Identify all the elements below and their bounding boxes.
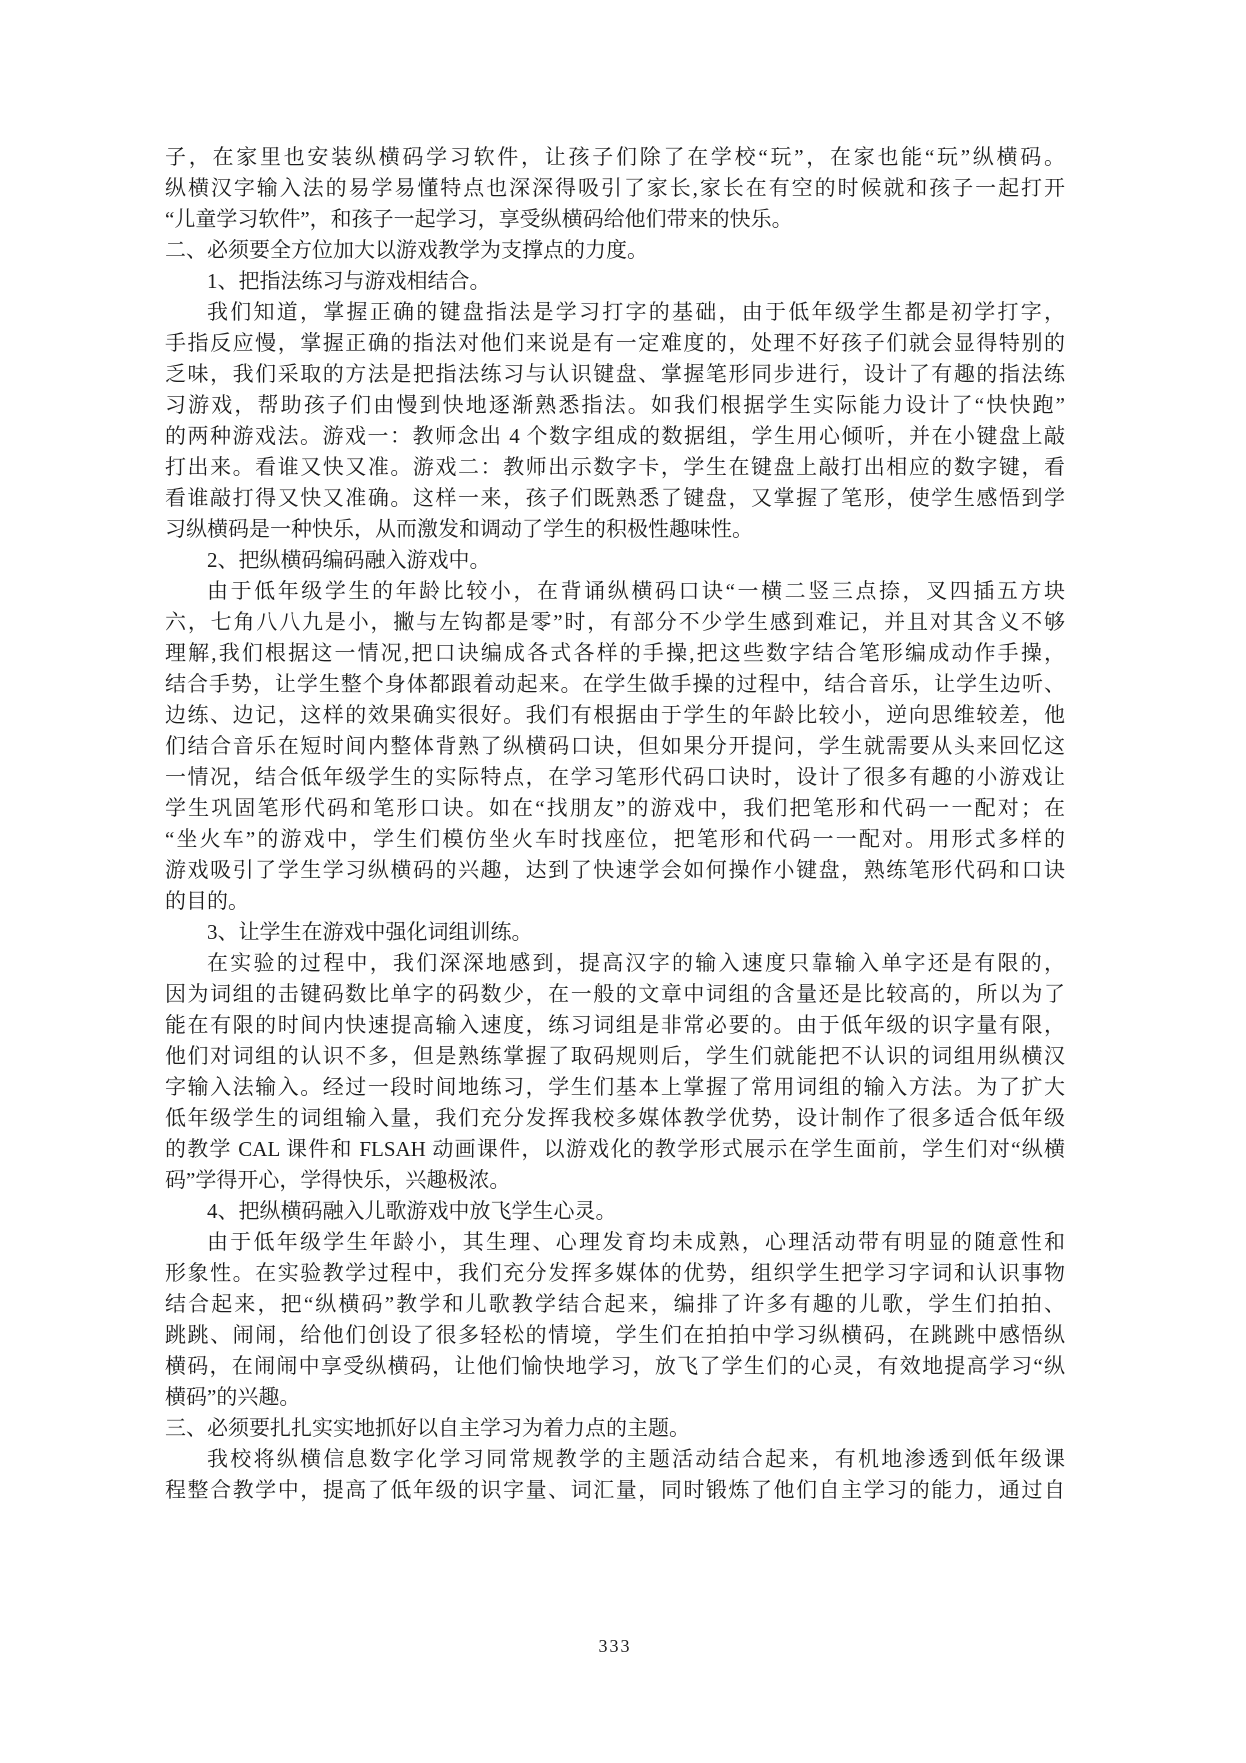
text-line: 4、把纵横码融入儿歌游戏中放飞学生心灵。 xyxy=(165,1196,1065,1227)
text-line: 理解,我们根据这一情况,把口诀编成各式各样的手操,把这些数字结合笔形编成动作手操… xyxy=(165,638,1065,669)
text-line: 横码”的兴趣。 xyxy=(165,1382,1065,1413)
text-line: 因为词组的击键码数比单字的码数少，在一般的文章中词组的含量还是比较高的，所以为了 xyxy=(165,979,1065,1010)
text-line: 2、把纵横码编码融入游戏中。 xyxy=(165,545,1065,576)
text-line: 形象性。在实验教学过程中，我们充分发挥多媒体的优势，组织学生把学习字词和认识事物 xyxy=(165,1258,1065,1289)
text-line: 看谁敲打得又快又准确。这样一来，孩子们既熟悉了键盘，又掌握了笔形，使学生感悟到学 xyxy=(165,483,1065,514)
document-page: 子，在家里也安装纵横码学习软件，让孩子们除了在学校“玩”，在家也能“玩”纵横码。… xyxy=(0,0,1246,1763)
text-line: 游戏吸引了学生学习纵横码的兴趣，达到了快速学会如何操作小键盘，熟练笔形代码和口诀 xyxy=(165,855,1065,886)
text-line: 习游戏，帮助孩子们由慢到快地逐渐熟悉指法。如我们根据学生实际能力设计了“快快跑” xyxy=(165,390,1065,421)
page-number: 333 xyxy=(165,1636,1065,1657)
text-line: 学生巩固笔形代码和笔形口诀。如在“找朋友”的游戏中，我们把笔形和代码一一配对；在 xyxy=(165,793,1065,824)
text-line: 他们对词组的认识不多，但是熟练掌握了取码规则后，学生们就能把不认识的词组用纵横汉 xyxy=(165,1041,1065,1072)
text-line: 边练、边记，这样的效果确实很好。我们有根据由于学生的年龄比较小，逆向思维较差，他 xyxy=(165,700,1065,731)
text-line: 纵横汉字输入法的易学易懂特点也深深得吸引了家长,家长在有空的时候就和孩子一起打开 xyxy=(165,173,1065,204)
text-line: 二、必须要全方位加大以游戏教学为支撑点的力度。 xyxy=(165,235,1065,266)
text-line: 程整合教学中，提高了低年级的识字量、词汇量，同时锻炼了他们自主学习的能力，通过自 xyxy=(165,1475,1065,1506)
text-line: 我们知道，掌握正确的键盘指法是学习打字的基础，由于低年级学生都是初学打字， xyxy=(165,297,1065,328)
text-line: 手指反应慢，掌握正确的指法对他们来说是有一定难度的，处理不好孩子们就会显得特别的 xyxy=(165,328,1065,359)
text-line: 的目的。 xyxy=(165,886,1065,917)
text-line: 跳跳、闹闹，给他们创设了很多轻松的情境，学生们在拍拍中学习纵横码，在跳跳中感悟纵 xyxy=(165,1320,1065,1351)
text-line: 的教学 CAL 课件和 FLSAH 动画课件，以游戏化的教学形式展示在学生面前，… xyxy=(165,1134,1065,1165)
text-line: “坐火车”的游戏中，学生们模仿坐火车时找座位，把笔形和代码一一配对。用形式多样的 xyxy=(165,824,1065,855)
text-line: 字输入法输入。经过一段时间地练习，学生们基本上掌握了常用词组的输入方法。为了扩大 xyxy=(165,1072,1065,1103)
document-body: 子，在家里也安装纵横码学习软件，让孩子们除了在学校“玩”，在家也能“玩”纵横码。… xyxy=(165,142,1065,1506)
text-line: 一情况，结合低年级学生的实际特点，在学习笔形代码口诀时，设计了很多有趣的小游戏让 xyxy=(165,762,1065,793)
text-line: 子，在家里也安装纵横码学习软件，让孩子们除了在学校“玩”，在家也能“玩”纵横码。 xyxy=(165,142,1065,173)
text-line: 打出来。看谁又快又准。游戏二：教师出示数字卡，学生在键盘上敲打出相应的数字键，看 xyxy=(165,452,1065,483)
text-line: 的两种游戏法。游戏一：教师念出 4 个数字组成的数据组，学生用心倾听，并在小键盘… xyxy=(165,421,1065,452)
text-line: 横码，在闹闹中享受纵横码，让他们愉快地学习，放飞了学生们的心灵，有效地提高学习“… xyxy=(165,1351,1065,1382)
text-line: 我校将纵横信息数字化学习同常规教学的主题活动结合起来，有机地渗透到低年级课 xyxy=(165,1444,1065,1475)
text-line: 3、让学生在游戏中强化词组训练。 xyxy=(165,917,1065,948)
text-line: 1、把指法练习与游戏相结合。 xyxy=(165,266,1065,297)
text-line: “儿童学习软件”，和孩子一起学习，享受纵横码给他们带来的快乐。 xyxy=(165,204,1065,235)
text-line: 由于低年级学生年龄小，其生理、心理发育均未成熟，心理活动带有明显的随意性和 xyxy=(165,1227,1065,1258)
text-line: 低年级学生的词组输入量，我们充分发挥我校多媒体教学优势，设计制作了很多适合低年级 xyxy=(165,1103,1065,1134)
text-line: 在实验的过程中，我们深深地感到，提高汉字的输入速度只靠输入单字还是有限的， xyxy=(165,948,1065,979)
text-line: 们结合音乐在短时间内整体背熟了纵横码口诀，但如果分开提问，学生就需要从头来回忆这 xyxy=(165,731,1065,762)
text-line: 六，七角八八九是小，撇与左钩都是零”时，有部分不少学生感到难记，并且对其含义不够 xyxy=(165,607,1065,638)
text-line: 结合起来，把“纵横码”教学和儿歌教学结合起来，编排了许多有趣的儿歌，学生们拍拍、 xyxy=(165,1289,1065,1320)
text-line: 习纵横码是一种快乐，从而激发和调动了学生的积极性趣味性。 xyxy=(165,514,1065,545)
text-line: 码”学得开心，学得快乐，兴趣极浓。 xyxy=(165,1165,1065,1196)
text-line: 乏味，我们采取的方法是把指法练习与认识键盘、掌握笔形同步进行，设计了有趣的指法练 xyxy=(165,359,1065,390)
text-line: 由于低年级学生的年龄比较小，在背诵纵横码口诀“一横二竖三点捺，叉四插五方块 xyxy=(165,576,1065,607)
text-line: 结合手势，让学生整个身体都跟着动起来。在学生做手操的过程中，结合音乐，让学生边听… xyxy=(165,669,1065,700)
text-line: 三、必须要扎扎实实地抓好以自主学习为着力点的主题。 xyxy=(165,1413,1065,1444)
text-line: 能在有限的时间内快速提高输入速度，练习词组是非常必要的。由于低年级的识字量有限， xyxy=(165,1010,1065,1041)
